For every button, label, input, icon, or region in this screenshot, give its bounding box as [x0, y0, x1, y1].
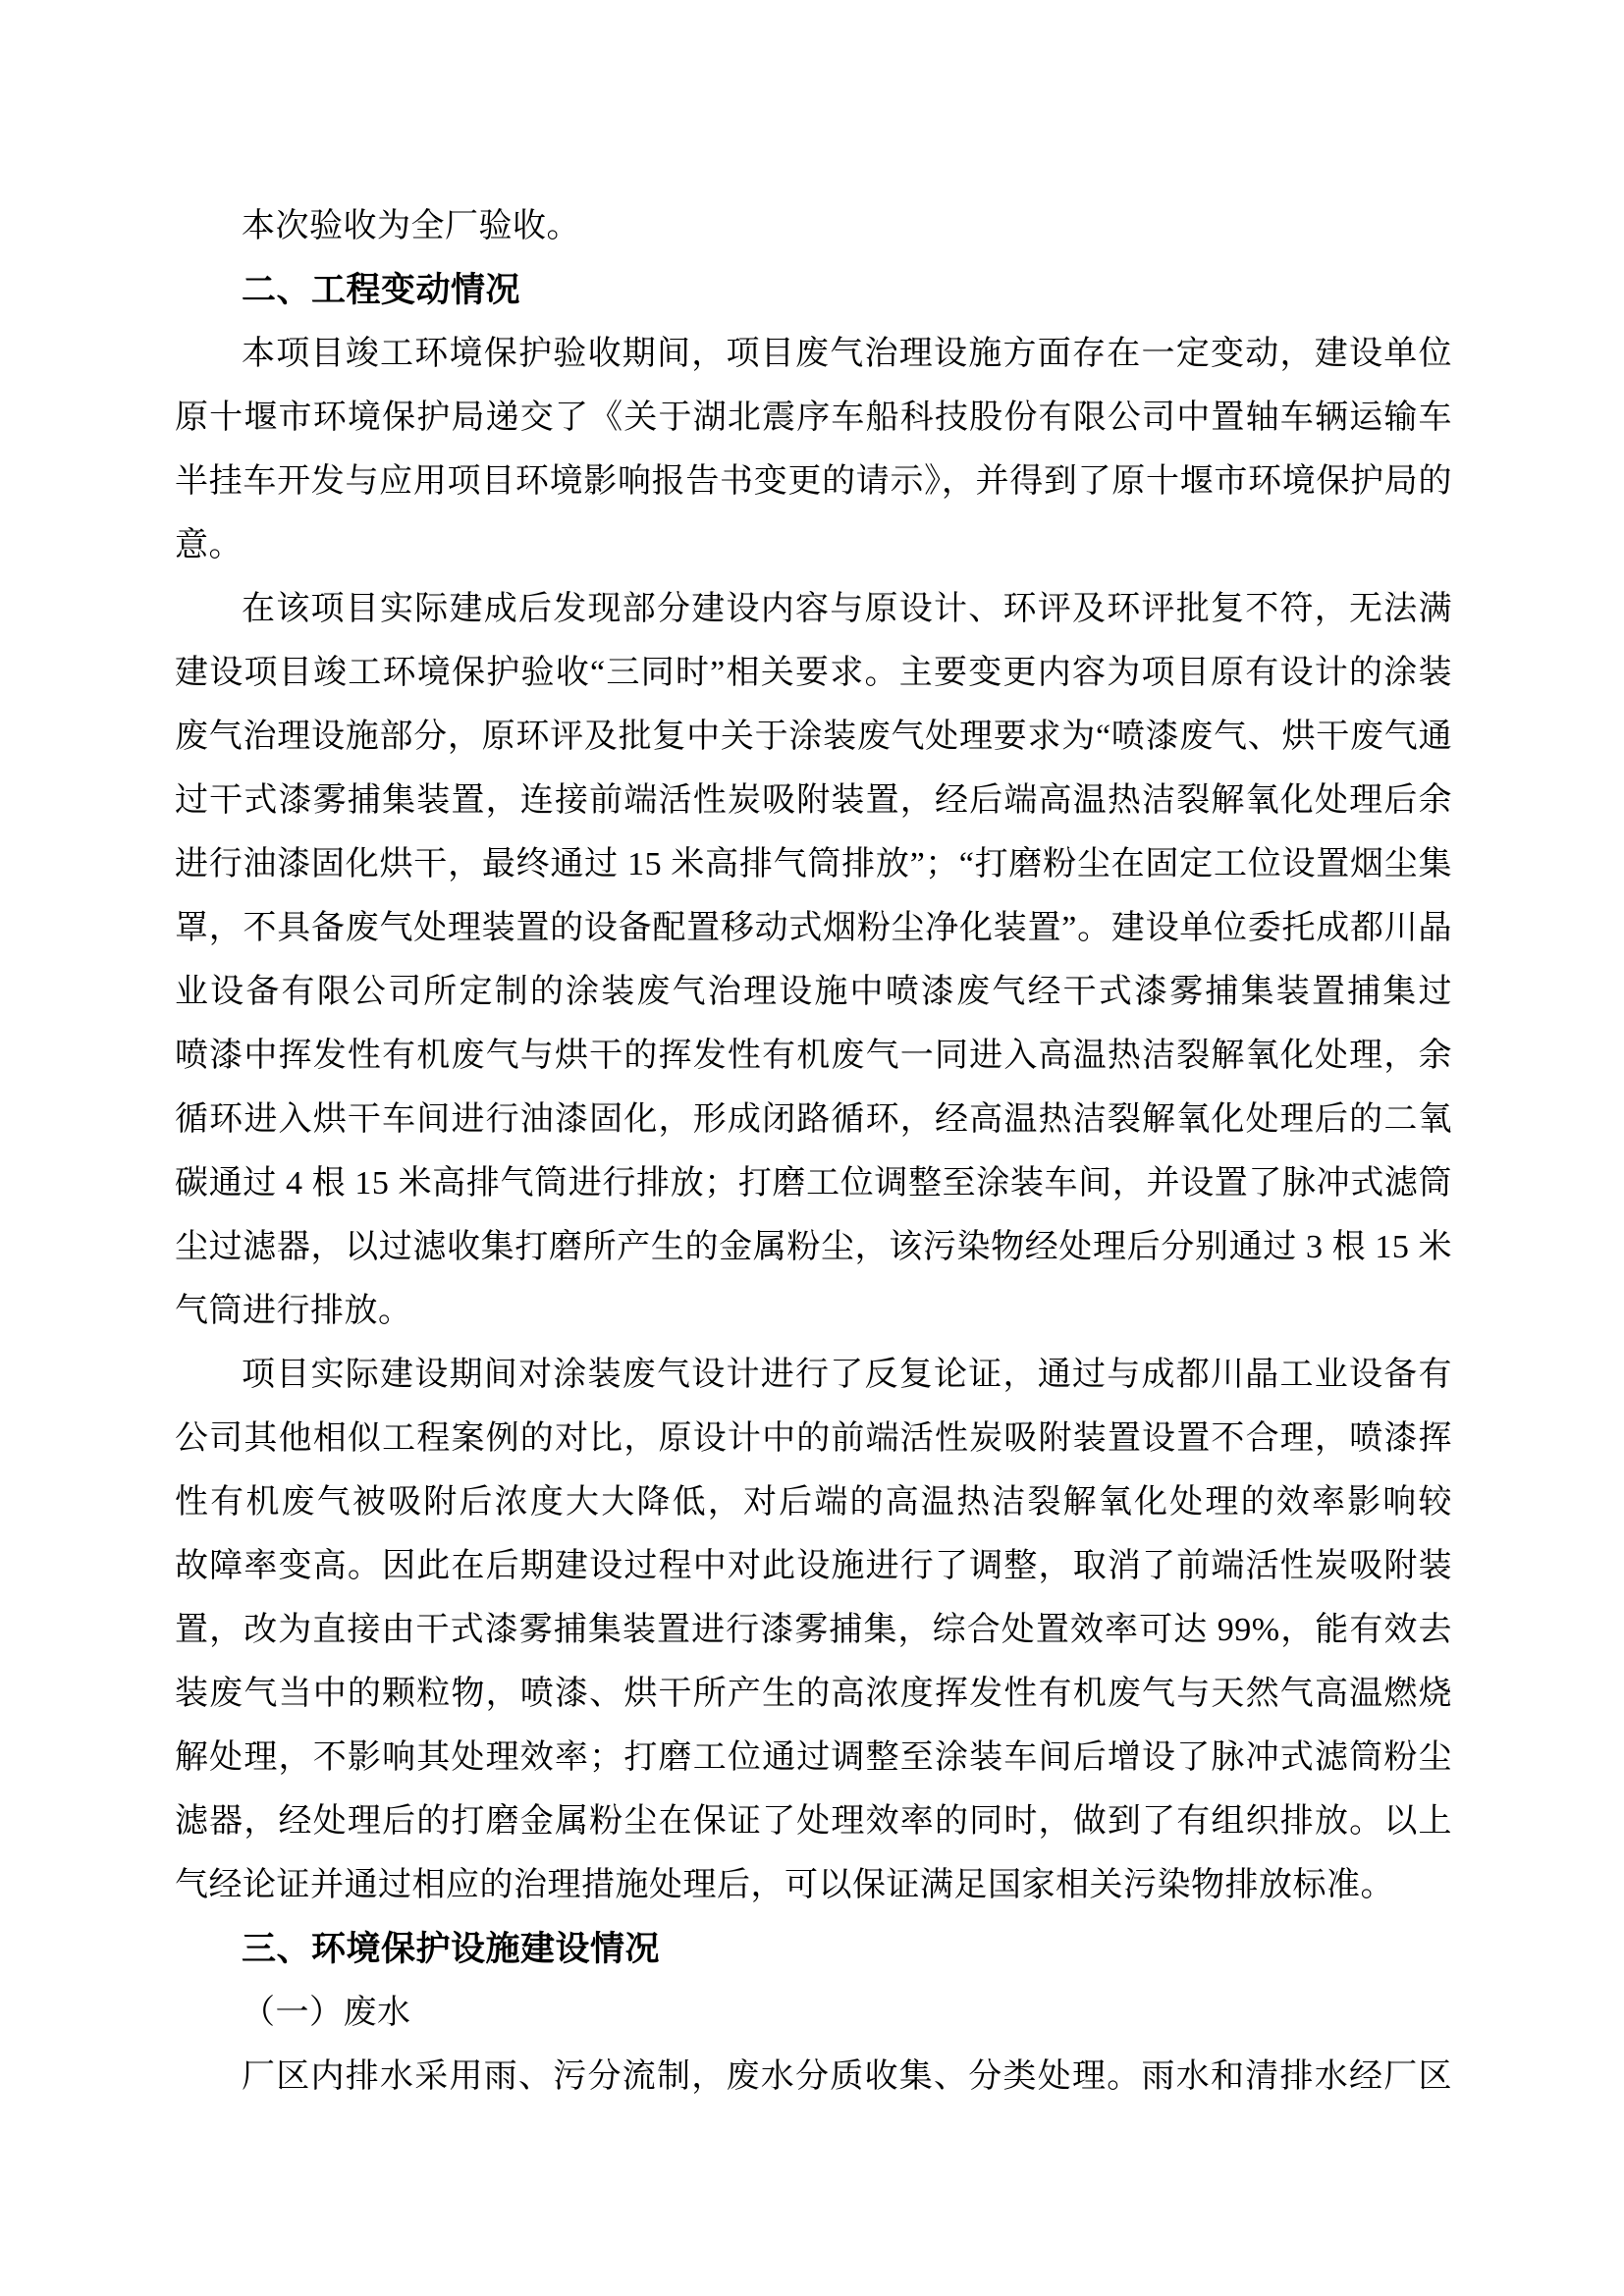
text-line: 业设备有限公司所定制的涂装废气治理设施中喷漆废气经干式漆雾捕集装置捕集过滤， [175, 960, 1452, 1024]
text-line: 本次验收为全厂验收。 [175, 194, 1452, 258]
text-line: 气筒进行排放。 [175, 1279, 1452, 1343]
text-line: 故障率变高。因此在后期建设过程中对此设施进行了调整，取消了前端活性炭吸附装 [175, 1534, 1452, 1598]
text-line: 项目实际建设期间对涂装废气设计进行了反复论证，通过与成都川晶工业设备有限 [175, 1343, 1452, 1407]
text-line: 过干式漆雾捕集装置，连接前端活性炭吸附装置，经后端高温热洁裂解氧化处理后余热 [175, 769, 1452, 832]
text-line: 进行油漆固化烘干，最终通过 15 米高排气筒排放”；“打磨粉尘在固定工位设置烟尘… [175, 832, 1452, 896]
text-line: 厂区内排水采用雨、污分流制，废水分质收集、分类处理。雨水和清排水经厂区雨 [175, 2045, 1452, 2109]
document-page: 本次验收为全厂验收。二、工程变动情况本项目竣工环境保护验收期间，项目废气治理设施… [0, 0, 1624, 2296]
text-line: （一）废水 [175, 1981, 1452, 2045]
text-line: 碳通过 4 根 15 米高排气筒进行排放；打磨工位调整至涂装车间，并设置了脉冲式… [175, 1151, 1452, 1215]
text-line: 装废气当中的颗粒物，喷漆、烘干所产生的高浓度挥发性有机废气与天然气高温燃烧裂 [175, 1662, 1452, 1726]
text-line: 原十堰市环境保护局递交了《关于湖北震序车船科技股份有限公司中置轴车辆运输车及 [175, 386, 1452, 450]
text-line: 置，改为直接由干式漆雾捕集装置进行漆雾捕集，综合处置效率可达 99%，能有效去除… [175, 1598, 1452, 1662]
text-line: 建设项目竣工环境保护验收“三同时”相关要求。主要变更内容为项目原有设计的涂装 [175, 641, 1452, 705]
text-line: 意。 [175, 513, 1452, 577]
text-line: 解处理，不影响其处理效率；打磨工位通过调整至涂装车间后增设了脉冲式滤筒粉尘过 [175, 1726, 1452, 1789]
text-line: 循环进入烘干车间进行油漆固化，形成闭路循环，经高温热洁裂解氧化处理后的二氧化 [175, 1088, 1452, 1151]
text-line: 性有机废气被吸附后浓度大大降低，对后端的高温热洁裂解氧化处理的效率影响较大， [175, 1470, 1452, 1534]
text-line: 半挂车开发与应用项目环境影响报告书变更的请示》，并得到了原十堰市环境保护局的同 [175, 450, 1452, 513]
text-line: 本项目竣工环境保护验收期间，项目废气治理设施方面存在一定变动，建设单位向 [175, 322, 1452, 386]
text-line: 滤器，经处理后的打磨金属粉尘在保证了处理效率的同时，做到了有组织排放。以上废 [175, 1789, 1452, 1853]
text-line: 废气治理设施部分，原环评及批复中关于涂装废气处理要求为“喷漆废气、烘干废气通 [175, 705, 1452, 769]
text-line: 公司其他相似工程案例的对比，原设计中的前端活性炭吸附装置设置不合理，喷漆挥发 [175, 1407, 1452, 1470]
section-heading: 二、工程变动情况 [175, 258, 1452, 322]
text-line: 在该项目实际建成后发现部分建设内容与原设计、环评及环评批复不符，无法满足 [175, 577, 1452, 641]
text-line: 尘过滤器，以过滤收集打磨所产生的金属粉尘，该污染物经处理后分别通过 3 根 15… [175, 1215, 1452, 1279]
text-line: 气经论证并通过相应的治理措施处理后，可以保证满足国家相关污染物排放标准。 [175, 1853, 1452, 1917]
text-line: 喷漆中挥发性有机废气与烘干的挥发性有机废气一同进入高温热洁裂解氧化处理，余热 [175, 1024, 1452, 1088]
text-lines: 本次验收为全厂验收。二、工程变动情况本项目竣工环境保护验收期间，项目废气治理设施… [175, 194, 1452, 2109]
section-heading: 三、环境保护设施建设情况 [175, 1917, 1452, 1981]
text-line: 罩，不具备废气处理装置的设备配置移动式烟粉尘净化装置”。建设单位委托成都川晶工 [175, 896, 1452, 960]
